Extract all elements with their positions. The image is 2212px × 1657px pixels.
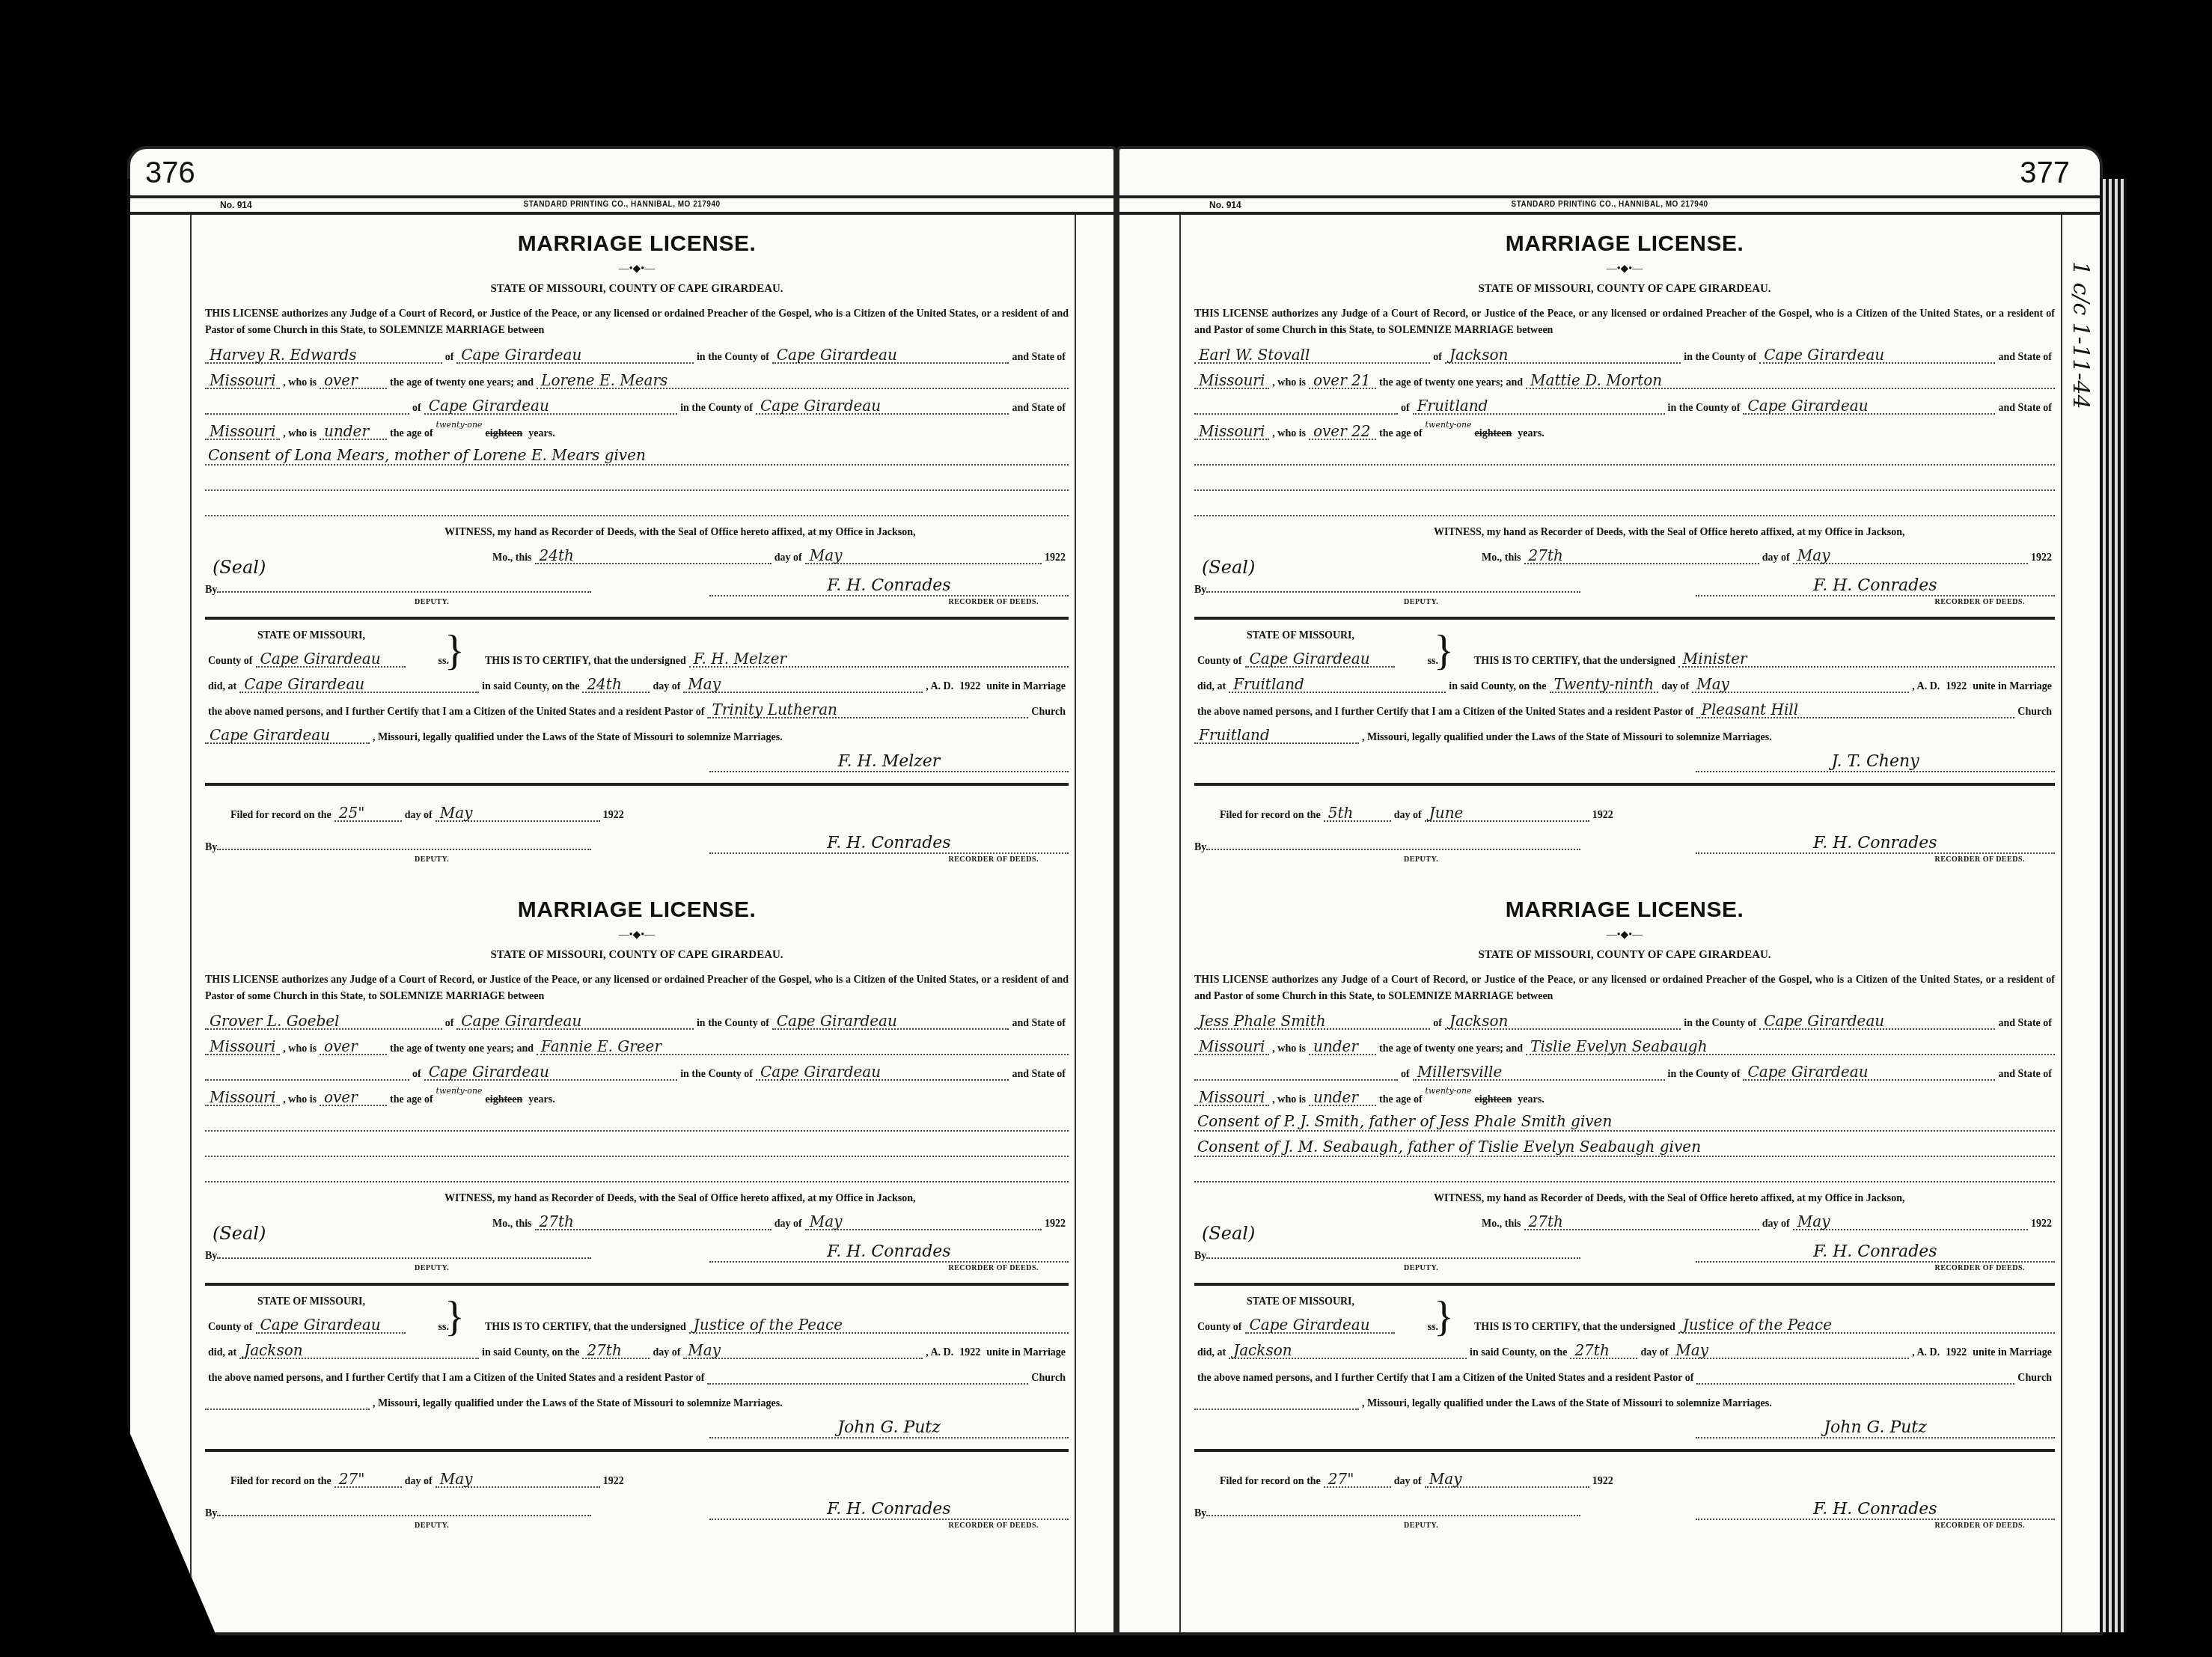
officiant-signature: John G. Putz: [1696, 1416, 2055, 1438]
witness-text: WITNESS, my hand as Recorder of Deeds, w…: [1194, 1193, 2055, 1205]
recorder-signature: F. H. Conrades: [1696, 574, 2055, 596]
bride-age-relation: over: [320, 1090, 387, 1106]
form-label: By: [1194, 842, 1206, 853]
note-line: [1194, 440, 2055, 466]
form-number: No. 914: [220, 200, 252, 210]
form-label: County of: [205, 656, 256, 668]
bride-name: Mattie D. Morton: [1526, 373, 2055, 389]
note-line: Consent of P. J. Smith, father of Jess P…: [1194, 1106, 2055, 1132]
bride-state: Missouri: [205, 1090, 280, 1106]
groom-name: Earl W. Stovall: [1194, 347, 1430, 364]
license-subtitle: STATE OF MISSOURI, COUNTY OF CAPE GIRARD…: [1194, 949, 2055, 962]
form-label: in the County of: [694, 352, 772, 364]
groom-name: Jess Phale Smith: [1194, 1013, 1430, 1030]
filed-year: 1922: [1589, 1476, 1616, 1488]
ornament-divider: —•◆•—: [205, 263, 1069, 275]
form-label: the age of twenty one years; and: [387, 377, 537, 389]
form-label: the age of: [1376, 428, 1426, 440]
witness-month: May: [1793, 548, 2028, 564]
groom-state: Missouri: [1194, 373, 1269, 389]
filed-year: 1922: [600, 1476, 627, 1488]
groom-line: Jess Phale Smith of Jackson in the Count…: [1194, 1004, 2055, 1030]
form-label: years.: [1515, 1094, 1547, 1106]
cert-year: 1922: [956, 681, 983, 693]
form-label: , who is: [1269, 377, 1309, 389]
form-label: of: [1398, 403, 1413, 415]
witness-date: Mo., this 27th day of May 1922: [205, 1205, 1069, 1230]
groom-state: Missouri: [205, 373, 280, 389]
recorder-signature: F. H. Conrades: [709, 574, 1069, 596]
cert-place: Jackson: [239, 1343, 479, 1359]
witness-date: Mo., this 27th day of May 1922: [1194, 539, 2055, 564]
witness-year: 1922: [1042, 1218, 1069, 1230]
bride-age-line: Missouri , who is under the age of twent…: [1194, 1081, 2055, 1106]
form-label: unite in Marriage: [983, 681, 1069, 693]
bride-name: Lorene E. Mears: [537, 373, 1069, 389]
form-label: RECORDER OF DEEDS.: [948, 855, 1039, 864]
form-label: did, at: [205, 681, 239, 693]
groom-age-line: Missouri , who is over 21 the age of twe…: [1194, 364, 2055, 389]
form-label: day of: [772, 1218, 805, 1230]
note-line: [205, 491, 1069, 516]
age-correction: twenty-one: [1426, 420, 1472, 430]
groom-age-relation: over: [320, 1039, 387, 1055]
witness-date: Mo., this 27th day of May 1922: [1194, 1205, 2055, 1230]
bride-city: Cape Girardeau: [424, 398, 677, 415]
form-label: DEPUTY.: [415, 1264, 449, 1272]
cert-day: 24th: [582, 677, 650, 693]
note-line: Consent of Lona Mears, mother of Lorene …: [205, 440, 1069, 466]
form-label: Filed for record on the: [1217, 810, 1324, 822]
cert-undersigned: Minister: [1678, 651, 2055, 668]
form-label: RECORDER OF DEEDS.: [1934, 1264, 2025, 1272]
filed-month: May: [1425, 1471, 1589, 1488]
form-header: No. 914STANDARD PRINTING CO., HANNIBAL, …: [130, 195, 1113, 215]
left-page: 376No. 914STANDARD PRINTING CO., HANNIBA…: [127, 146, 1116, 1635]
form-label: Church: [1028, 1373, 1069, 1385]
note-line: Consent of J. M. Seabaugh, father of Tis…: [1194, 1132, 2055, 1157]
cert-county: Cape Girardeau: [1245, 1317, 1395, 1334]
form-label: the age of twenty one years; and: [1376, 1043, 1526, 1055]
witness-month: May: [805, 1214, 1042, 1230]
form-label: of: [1398, 1069, 1413, 1081]
form-label: Church: [2014, 707, 2055, 718]
form-label: , who is: [280, 377, 320, 389]
bride-county: Cape Girardeau: [1743, 398, 1995, 415]
form-label: RECORDER OF DEEDS.: [948, 1522, 1039, 1530]
bride-age-line: Missouri , who is over 22 the age of twe…: [1194, 415, 2055, 440]
form-label: , who is: [1269, 428, 1309, 440]
groom-line: Earl W. Stovall of Jackson in the County…: [1194, 338, 2055, 364]
groom-age-line: Missouri , who is over the age of twenty…: [205, 1030, 1069, 1055]
form-label: THIS IS TO CERTIFY, that the undersigned: [482, 656, 689, 668]
marriage-license: MARRIAGE LICENSE. —•◆•— STATE OF MISSOUR…: [205, 897, 1069, 1530]
witness-day: 27th: [1524, 1214, 1759, 1230]
form-label: , who is: [280, 1043, 320, 1055]
witness-text: WITNESS, my hand as Recorder of Deeds, w…: [205, 527, 1069, 539]
filed-month: May: [436, 805, 600, 822]
groom-age-relation: over 21: [1309, 373, 1376, 389]
form-label: day of: [1391, 1476, 1425, 1488]
groom-name: Harvey R. Edwards: [205, 347, 442, 364]
witness-date: Mo., this 24th day of May 1922: [205, 539, 1069, 564]
form-label: Mo., this: [1479, 1218, 1524, 1230]
form-label: Church: [1028, 707, 1069, 718]
form-label: day of: [650, 1347, 683, 1359]
form-label: the age of twenty one years; and: [1376, 377, 1526, 389]
form-label: of: [1430, 1018, 1445, 1030]
cert-church: [1696, 1383, 2014, 1385]
form-label: , who is: [280, 1094, 320, 1106]
form-label: the above named persons, and I further C…: [205, 1373, 707, 1385]
form-label: By: [1194, 1508, 1206, 1519]
bride-age-relation: over 22: [1309, 424, 1376, 440]
cert-day: 27th: [1570, 1343, 1637, 1359]
bride-name: Tislie Evelyn Seabaugh: [1526, 1039, 2055, 1055]
ornament-divider: —•◆•—: [1194, 263, 2055, 275]
brace: }: [1434, 630, 1454, 672]
groom-line: Grover L. Goebel of Cape Girardeau in th…: [205, 1004, 1069, 1030]
form-label: , A. D.: [1909, 1347, 1943, 1359]
witness-text: WITNESS, my hand as Recorder of Deeds, w…: [1194, 527, 2055, 539]
section-rule: [205, 617, 1069, 620]
groom-age-line: Missouri , who is over the age of twenty…: [205, 364, 1069, 389]
form-label: Mo., this: [489, 1218, 535, 1230]
filed-year: 1922: [600, 810, 627, 822]
groom-city: Cape Girardeau: [456, 1013, 694, 1030]
note-line: [1194, 1157, 2055, 1183]
form-label: years.: [1515, 428, 1547, 440]
note-line: [1194, 491, 2055, 516]
form-label: By: [205, 1508, 217, 1519]
bride-line: of Millersville in the County of Cape Gi…: [1194, 1055, 2055, 1081]
filed-signature: F. H. Conrades: [1696, 1498, 2055, 1520]
form-label: unite in Marriage: [1970, 681, 2055, 693]
license-title: MARRIAGE LICENSE.: [205, 231, 1069, 257]
note-line: [205, 1157, 1069, 1183]
printer-imprint: STANDARD PRINTING CO., HANNIBAL, MO 2179…: [523, 201, 720, 209]
form-label: and State of: [1009, 1069, 1069, 1081]
form-label: in the County of: [677, 1069, 756, 1081]
filed-signature: F. H. Conrades: [709, 1498, 1069, 1520]
filed-month: May: [436, 1471, 600, 1488]
groom-state: Missouri: [1194, 1039, 1269, 1055]
form-label: County of: [1194, 656, 1245, 668]
form-label: By: [205, 585, 217, 596]
bride-age-relation: under: [1309, 1090, 1376, 1106]
form-label: day of: [772, 552, 805, 564]
page-edges: [103, 179, 130, 1632]
cert-church: Pleasant Hill: [1696, 702, 2014, 718]
form-label: in the County of: [1665, 403, 1744, 415]
cert-year: 1922: [956, 1347, 983, 1359]
bride-line: of Cape Girardeau in the County of Cape …: [205, 389, 1069, 415]
form-label: , who is: [1269, 1094, 1309, 1106]
age-correction: twenty-one: [436, 1086, 483, 1096]
form-label: , who is: [1269, 1043, 1309, 1055]
form-label: DEPUTY.: [1404, 1522, 1438, 1530]
section-rule: [1194, 1283, 2055, 1286]
groom-age-relation: over: [320, 373, 387, 389]
form-label: in said County, on the: [479, 1347, 582, 1359]
form-label: Filed for record on the: [227, 810, 334, 822]
form-label: day of: [1391, 810, 1425, 822]
filed-signature: F. H. Conrades: [1696, 831, 2055, 854]
filed-line: Filed for record on the 25" day of May 1…: [205, 796, 1069, 822]
form-label: By: [205, 1251, 217, 1262]
form-label: in the County of: [677, 403, 756, 415]
margin-note: 1 c/c 1-11-44: [2068, 261, 2094, 409]
filed-line: Filed for record on the 5th day of June …: [1194, 796, 2055, 822]
license-subtitle: STATE OF MISSOURI, COUNTY OF CAPE GIRARD…: [205, 949, 1069, 962]
cert-county: Cape Girardeau: [256, 651, 406, 668]
form-label: and State of: [1009, 352, 1069, 364]
brace: }: [444, 1296, 465, 1338]
cert-month: May: [1671, 1343, 1909, 1359]
witness-month: May: [1793, 1214, 2028, 1230]
bride-line: of Fruitland in the County of Cape Girar…: [1194, 389, 2055, 415]
seal-mark: (Seal): [1202, 1223, 1255, 1244]
groom-county: Cape Girardeau: [1759, 1013, 1995, 1030]
cert-church-city: Fruitland: [1194, 727, 1359, 744]
form-header: No. 914STANDARD PRINTING CO., HANNIBAL, …: [1119, 195, 2100, 215]
cert-place: Jackson: [1229, 1343, 1467, 1359]
groom-city: Jackson: [1445, 347, 1681, 364]
right-page: 377No. 914STANDARD PRINTING CO., HANNIBA…: [1116, 146, 2103, 1635]
filed-line: Filed for record on the 27" day of May 1…: [205, 1462, 1069, 1488]
filed-day: 5th: [1324, 805, 1391, 822]
bride-county: Cape Girardeau: [756, 398, 1009, 415]
cert-undersigned: F. H. Melzer: [689, 651, 1069, 668]
form-label: RECORDER OF DEEDS.: [1934, 1522, 2025, 1530]
form-label: in the County of: [694, 1018, 772, 1030]
form-label: , A. D.: [923, 681, 956, 693]
note-line: [205, 1106, 1069, 1132]
cert-county: Cape Girardeau: [1245, 651, 1395, 668]
cert-day: 27th: [582, 1343, 650, 1359]
section-rule: [1194, 617, 2055, 620]
age-printed: eighteen: [483, 1094, 526, 1106]
filed-day: 25": [334, 805, 402, 822]
filed-signature: F. H. Conrades: [709, 831, 1069, 854]
recorder-signature: F. H. Conrades: [1696, 1240, 2055, 1263]
filed-line: Filed for record on the 27" day of May 1…: [1194, 1462, 2055, 1488]
form-label: , A. D.: [923, 1347, 956, 1359]
witness-month: May: [805, 548, 1042, 564]
note-line: [205, 466, 1069, 491]
form-label: years.: [525, 428, 557, 440]
age-correction: twenty-one: [1426, 1086, 1472, 1096]
form-label: DEPUTY.: [415, 598, 449, 606]
form-label: RECORDER OF DEEDS.: [948, 598, 1039, 606]
groom-line: Harvey R. Edwards of Cape Girardeau in t…: [205, 338, 1069, 364]
form-label: Church: [2014, 1373, 2055, 1385]
witness-day: 27th: [535, 1214, 772, 1230]
form-label: day of: [1637, 1347, 1671, 1359]
form-label: , Missouri, legally qualified under the …: [1359, 732, 1775, 744]
form-label: DEPUTY.: [415, 1522, 449, 1530]
witness-day: 24th: [535, 548, 772, 564]
form-label: of: [442, 352, 457, 364]
groom-county: Cape Girardeau: [772, 347, 1009, 364]
certificate: STATE OF MISSOURI, } County of Cape Gira…: [1194, 630, 2055, 772]
form-label: RECORDER OF DEEDS.: [948, 1264, 1039, 1272]
bride-age-line: Missouri , who is over the age of twenty…: [205, 1081, 1069, 1106]
form-label: in the County of: [1681, 1018, 1759, 1030]
certificate: STATE OF MISSOURI, } County of Cape Gira…: [205, 1296, 1069, 1438]
form-label: , Missouri, legally qualified under the …: [1359, 1398, 1775, 1410]
officiant-signature: John G. Putz: [709, 1416, 1069, 1438]
form-label: , A. D.: [1909, 681, 1943, 693]
cert-church-city: [1194, 1409, 1359, 1410]
filed-year: 1922: [1589, 810, 1616, 822]
cert-undersigned: Justice of the Peace: [1678, 1317, 2055, 1334]
license-title: MARRIAGE LICENSE.: [1194, 231, 2055, 257]
form-label: the above named persons, and I further C…: [1194, 1373, 1696, 1385]
cert-place: Fruitland: [1229, 677, 1446, 693]
groom-city: Jackson: [1445, 1013, 1681, 1030]
certificate: STATE OF MISSOURI, } County of Cape Gira…: [1194, 1296, 2055, 1438]
form-label: and State of: [1009, 403, 1069, 415]
cert-church-city: [205, 1409, 370, 1410]
page-number: 377: [2020, 156, 2070, 190]
filed-day: 27": [334, 1471, 402, 1488]
form-label: the age of: [387, 1094, 436, 1106]
form-label: By: [1194, 1251, 1206, 1262]
seal-mark: (Seal): [213, 557, 266, 578]
form-label: and State of: [1995, 352, 2055, 364]
witness-year: 1922: [2028, 1218, 2055, 1230]
cert-year: 1922: [1943, 681, 1970, 693]
form-label: DEPUTY.: [1404, 855, 1438, 864]
groom-age-line: Missouri , who is under the age of twent…: [1194, 1030, 2055, 1055]
section-rule: [205, 1283, 1069, 1286]
license-preamble: THIS LICENSE authorizes any Judge of a C…: [1194, 972, 2055, 1004]
form-label: and State of: [1009, 1018, 1069, 1030]
witness-text: WITNESS, my hand as Recorder of Deeds, w…: [205, 1193, 1069, 1205]
age-correction: twenty-one: [436, 420, 483, 430]
brace: }: [1434, 1296, 1454, 1338]
form-label: years.: [525, 1094, 557, 1106]
license-preamble: THIS LICENSE authorizes any Judge of a C…: [205, 972, 1069, 1004]
form-label: the above named persons, and I further C…: [1194, 707, 1696, 718]
form-label: of: [409, 403, 424, 415]
form-label: Filed for record on the: [1217, 1476, 1324, 1488]
cert-church-city: Cape Girardeau: [205, 727, 370, 744]
age-printed: eighteen: [1472, 1094, 1515, 1106]
bride-city: Fruitland: [1413, 398, 1665, 415]
bride-state: Missouri: [1194, 424, 1269, 440]
witness-day: 27th: [1524, 548, 1759, 564]
form-label: day of: [650, 681, 683, 693]
form-label: day of: [1658, 681, 1692, 693]
form-label: the above named persons, and I further C…: [205, 707, 707, 718]
groom-state: Missouri: [205, 1039, 280, 1055]
license-preamble: THIS LICENSE authorizes any Judge of a C…: [1194, 306, 2055, 338]
form-number: No. 914: [1209, 200, 1241, 210]
form-label: in said County, on the: [1446, 681, 1549, 693]
certificate: STATE OF MISSOURI, } County of Cape Gira…: [205, 630, 1069, 772]
bride-line: of Cape Girardeau in the County of Cape …: [205, 1055, 1069, 1081]
form-label: in the County of: [1681, 352, 1759, 364]
form-label: day of: [1759, 552, 1793, 564]
witness-year: 1922: [2028, 552, 2055, 564]
bride-county: Cape Girardeau: [756, 1064, 1009, 1081]
form-label: County of: [205, 1322, 256, 1334]
form-label: day of: [402, 810, 436, 822]
form-label: , Missouri, legally qualified under the …: [370, 1398, 786, 1410]
form-label: DEPUTY.: [1404, 598, 1438, 606]
bride-county: Cape Girardeau: [1743, 1064, 1995, 1081]
record-book: 376No. 914STANDARD PRINTING CO., HANNIBA…: [127, 146, 2103, 1635]
groom-county: Cape Girardeau: [1759, 347, 1995, 364]
form-label: THIS IS TO CERTIFY, that the undersigned: [482, 1322, 689, 1334]
bride-age-line: Missouri , who is under the age of twent…: [205, 415, 1069, 440]
marriage-license: MARRIAGE LICENSE. —•◆•— STATE OF MISSOUR…: [1194, 897, 2055, 1530]
form-label: unite in Marriage: [1970, 1347, 2055, 1359]
filed-day: 27": [1324, 1471, 1391, 1488]
bride-state: Missouri: [205, 424, 280, 440]
form-label: By: [1194, 585, 1206, 596]
form-label: unite in Marriage: [983, 1347, 1069, 1359]
form-label: Mo., this: [489, 552, 535, 564]
age-printed: eighteen: [1472, 428, 1515, 440]
cert-year: 1922: [1943, 1347, 1970, 1359]
form-label: Mo., this: [1479, 552, 1524, 564]
page-number: 376: [145, 156, 195, 190]
license-title: MARRIAGE LICENSE.: [205, 897, 1069, 923]
age-printed: eighteen: [483, 428, 526, 440]
cert-month: May: [1692, 677, 1909, 693]
form-label: day of: [1759, 1218, 1793, 1230]
form-label: did, at: [205, 1347, 239, 1359]
form-label: By: [205, 842, 217, 853]
bride-city: Millersville: [1413, 1064, 1665, 1081]
note-line: [205, 1132, 1069, 1157]
witness-year: 1922: [1042, 552, 1069, 564]
form-label: County of: [1194, 1322, 1245, 1334]
bride-age-relation: under: [320, 424, 387, 440]
form-label: , Missouri, legally qualified under the …: [370, 732, 786, 744]
cert-month: May: [683, 1343, 923, 1359]
license-subtitle: STATE OF MISSOURI, COUNTY OF CAPE GIRARD…: [205, 283, 1069, 296]
form-label: the age of twenty one years; and: [387, 1043, 537, 1055]
groom-city: Cape Girardeau: [456, 347, 694, 364]
cert-day: Twenty-ninth: [1550, 677, 1659, 693]
form-label: Filed for record on the: [227, 1476, 334, 1488]
form-label: of: [1430, 352, 1445, 364]
bride-name: Fannie E. Greer: [537, 1039, 1069, 1055]
form-label: the age of: [1376, 1094, 1426, 1106]
form-label: DEPUTY.: [415, 855, 449, 864]
form-label: and State of: [1995, 403, 2055, 415]
form-label: in said County, on the: [1467, 1347, 1570, 1359]
cert-undersigned: Justice of the Peace: [689, 1317, 1069, 1334]
filed-month: June: [1425, 805, 1589, 822]
form-label: and State of: [1995, 1018, 2055, 1030]
form-label: the age of: [387, 428, 436, 440]
form-label: did, at: [1194, 1347, 1229, 1359]
cert-place: Cape Girardeau: [239, 677, 479, 693]
license-preamble: THIS LICENSE authorizes any Judge of a C…: [205, 306, 1069, 338]
form-label: THIS IS TO CERTIFY, that the undersigned: [1471, 1322, 1678, 1334]
form-label: in the County of: [1665, 1069, 1744, 1081]
form-label: RECORDER OF DEEDS.: [1934, 598, 2025, 606]
form-label: in said County, on the: [479, 681, 582, 693]
form-label: day of: [402, 1476, 436, 1488]
recorder-signature: F. H. Conrades: [709, 1240, 1069, 1263]
ornament-divider: —•◆•—: [205, 929, 1069, 942]
